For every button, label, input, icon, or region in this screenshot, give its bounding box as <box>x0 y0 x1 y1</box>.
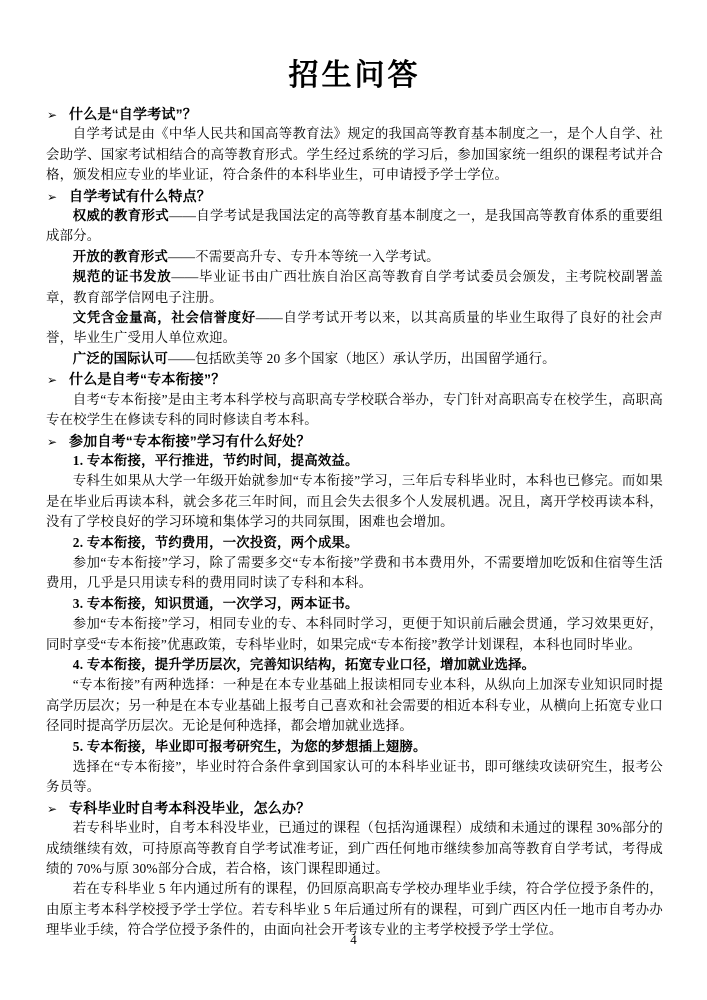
document-page: 招生问答 ➢什么是“自学考试”？ 自学考试是由《中华人民共和国高等教育法》规定的… <box>0 0 707 1000</box>
feature-rest: ——包括欧美等 20 多个国家（地区）承认学历，出国留学通行。 <box>168 351 556 366</box>
paragraph: 自考“专本衔接”是由主考本科学校与高职高专学校联合举办，专门针对高职高专在校学生… <box>46 390 663 431</box>
arrow-bullet-icon: ➢ <box>47 432 57 452</box>
question-text-3: 什么是自考“专本衔接”？ <box>69 371 225 387</box>
question-heading-4: ➢参加自考“专本衔接”学习有什么好处？ <box>46 431 663 451</box>
arrow-bullet-icon: ➢ <box>47 370 57 390</box>
feature-paragraph: 文凭含金量高，社会信誉度好——自学考试开考以来，以其高质量的毕业生取得了良好的社… <box>46 308 663 349</box>
question-text-5: 专科毕业时自考本科没毕业，怎么办？ <box>69 800 310 816</box>
arrow-bullet-icon: ➢ <box>47 105 57 125</box>
question-text-2: 自学考试有什么特点？ <box>69 188 211 204</box>
feature-paragraph: 广泛的国际认可——包括欧美等 20 多个国家（地区）承认学历，出国留学通行。 <box>46 349 663 369</box>
question-heading-3: ➢什么是自考“专本衔接”？ <box>46 369 663 389</box>
question-heading-1: ➢什么是“自学考试”？ <box>46 104 663 124</box>
page-number: 4 <box>0 932 707 948</box>
benefit-paragraph: 选择在“专本衔接”，毕业时符合条件拿到国家认可的本科毕业证书，即可继续攻读研究生… <box>46 757 663 798</box>
feature-paragraph: 权威的教育形式——自学考试是我国法定的高等教育基本制度之一，是我国高等教育体系的… <box>46 206 663 247</box>
question-text-1: 什么是“自学考试”？ <box>69 106 197 122</box>
page-title: 招生问答 <box>46 56 663 96</box>
benefit-heading-3: 3. 专本衔接，知识贯通，一次学习，两本证书。 <box>46 594 663 614</box>
feature-lead: 开放的教育形式 <box>73 249 168 264</box>
document-content: 招生问答 ➢什么是“自学考试”？ 自学考试是由《中华人民共和国高等教育法》规定的… <box>46 56 663 941</box>
benefit-heading-1: 1. 专本衔接，平行推进，节约时间，提高效益。 <box>46 451 663 471</box>
feature-lead: 文凭含金量高，社会信誉度好 <box>73 310 256 325</box>
arrow-bullet-icon: ➢ <box>47 799 57 819</box>
feature-paragraph: 规范的证书发放——毕业证书由广西壮族自治区高等教育自学考试委员会颁发，主考院校副… <box>46 267 663 308</box>
benefit-paragraph: “专本衔接”有两种选择：一种是在本专业基础上报读相同专业本科，从纵向上加深专业知… <box>46 675 663 736</box>
feature-lead: 广泛的国际认可 <box>73 351 168 366</box>
benefit-heading-5: 5. 专本衔接，毕业即可报考研究生，为您的梦想插上翅膀。 <box>46 737 663 757</box>
arrow-bullet-icon: ➢ <box>47 187 57 207</box>
paragraph: 若专科毕业时，自考本科没毕业，已通过的课程（包括沟通课程）成绩和未通过的课程 3… <box>46 818 663 879</box>
benefit-heading-4: 4. 专本衔接，提升学历层次，完善知识结构，拓宽专业口径，增加就业选择。 <box>46 655 663 675</box>
feature-lead: 规范的证书发放 <box>73 269 172 284</box>
question-heading-5: ➢专科毕业时自考本科没毕业，怎么办？ <box>46 798 663 818</box>
benefit-paragraph: 参加“专本衔接”学习，相同专业的专、本科同时学习，更便于知识前后融会贯通，学习效… <box>46 614 663 655</box>
benefit-paragraph: 参加“专本衔接”学习，除了需要多交“专本衔接”学费和书本费用外，不需要增加吃饭和… <box>46 553 663 594</box>
benefit-heading-2: 2. 专本衔接，节约费用，一次投资，两个成果。 <box>46 533 663 553</box>
question-heading-2: ➢自学考试有什么特点？ <box>46 186 663 206</box>
question-text-4: 参加自考“专本衔接”学习有什么好处？ <box>69 433 311 449</box>
feature-paragraph: 开放的教育形式——不需要高升专、专升本等统一入学考试。 <box>46 247 663 267</box>
benefit-paragraph: 专科生如果从大学一年级开始就参加“专本衔接”学习，三年后专科毕业时，本科也已修完… <box>46 471 663 532</box>
paragraph: 自学考试是由《中华人民共和国高等教育法》规定的我国高等教育基本制度之一，是个人自… <box>46 124 663 185</box>
feature-rest: ——不需要高升专、专升本等统一入学考试。 <box>168 249 440 264</box>
feature-lead: 权威的教育形式 <box>73 208 169 223</box>
